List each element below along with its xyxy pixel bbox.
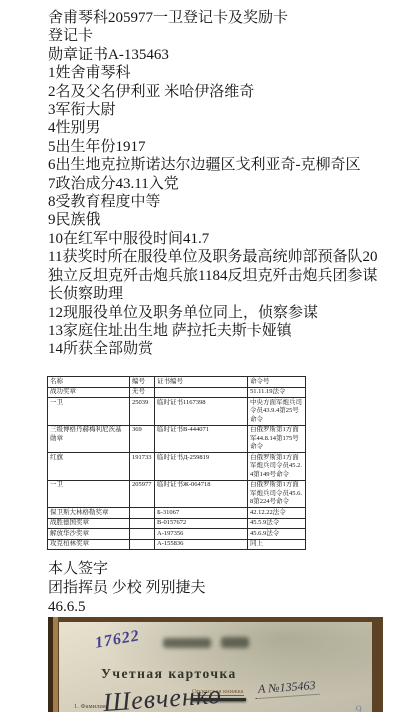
doc-line: 4性别男 [48, 119, 391, 137]
cell-cert: A-155836 [155, 539, 248, 550]
cell-number [130, 539, 155, 550]
cell-order: 白俄罗斯第1方面军44.8.14第175号命令 [248, 425, 306, 453]
doc-line: 1姓舍甫琴科 [48, 64, 391, 82]
table-row: 一卫 205977 临时证书Ж-064718 白俄罗斯第1方面军炮兵司令员45.… [48, 480, 306, 508]
cell-name: 三级博格丹赫梅利尼茨基勋章 [48, 425, 130, 453]
card-paper: 17622 Учетная карточка Орденская книжка … [59, 622, 372, 712]
page: { "doc": { "lines": [ "舍甫琴科205977一卫登记卡及奖… [0, 0, 400, 712]
cell-cert: 临时证书1167398 [155, 398, 248, 426]
cell-number [130, 508, 155, 519]
cell-cert: 临时证书B-444071 [155, 425, 248, 453]
cell-number: 无号 [130, 387, 155, 398]
doc-line: 12现服役单位及职务单位同上，侦察参谋 [48, 304, 391, 322]
cell-name: 红旗 [48, 453, 130, 481]
order-book-number: А №135463 [254, 678, 319, 699]
doc-line: 10在红军中服役时间41.7 [48, 230, 391, 248]
table-row: 战功奖章 无号 51.11.19法令 [48, 387, 306, 398]
cell-cert: Б-31067 [155, 508, 248, 519]
doc-title-line: 舍甫琴科205977一卫登记卡及奖励卡 [48, 9, 391, 27]
table-header-row: 名称 编号 证书编号 命令号 [48, 377, 306, 388]
doc-line: 8受教育程度中等 [48, 193, 391, 211]
cell-order: 45.5.9法令 [248, 518, 306, 529]
cell-order: 51.11.19法令 [248, 387, 306, 398]
awards-table: 名称 编号 证书编号 命令号 战功奖章 无号 51.11.19法令 一卫 250… [47, 376, 306, 550]
col-header-number: 编号 [130, 377, 155, 388]
signature-block: 本人签字 团指挥员 少校 列别捷夫 46.6.5 [48, 560, 391, 617]
table-row: 战胜德国奖章 B-0157672 45.5.9法令 [48, 518, 306, 529]
cell-cert [155, 387, 248, 398]
table-row: 红旗 191733 临时证书Д-259819 白俄罗斯第1方面军炮兵司令员45.… [48, 453, 306, 481]
cell-cert: 临时证书Ж-064718 [155, 480, 248, 508]
table-row: 解放华沙奖章 A-197356 45.6.9法令 [48, 529, 306, 540]
cell-number: 191733 [130, 453, 155, 481]
cell-name: 解放华沙奖章 [48, 529, 130, 540]
cell-cert: A-197356 [155, 529, 248, 540]
cell-order: 白俄罗斯第1方面军炮兵司令员45.6.8第224号命令 [248, 480, 306, 508]
cell-name: 保卫斯大林格勒奖章 [48, 508, 130, 519]
table-row: 三级博格丹赫梅利尼茨基勋章 369 临时证书B-444071 白俄罗斯第1方面军… [48, 425, 306, 453]
cell-name: 攻克柏林奖章 [48, 539, 130, 550]
doc-line: 6出生地克拉斯诺达尔边疆区戈利亚奇-克柳奇区 [48, 156, 391, 174]
scanned-card-photo: 17622 Учетная карточка Орденская книжка … [48, 617, 383, 712]
cell-cert: B-0157672 [155, 518, 248, 529]
table-row: 保卫斯大林格勒奖章 Б-31067 42.12.22法令 [48, 508, 306, 519]
doc-line: 7政治成分43.11入党 [48, 175, 391, 193]
handwritten-number: 17622 [94, 627, 141, 653]
cell-name: 战胜德国奖章 [48, 518, 130, 529]
cell-order: 45.6.9法令 [248, 529, 306, 540]
ink-smudge [221, 637, 249, 648]
signature-line: 46.6.5 [48, 598, 391, 617]
cell-number: 205977 [130, 480, 155, 508]
doc-line: 5出生年份1917 [48, 138, 391, 156]
doc-line: 13家庭住址出生地 萨拉托夫斯卡娅镇 [48, 322, 391, 340]
cell-order: 白俄罗斯第1方面军炮兵司令员45.2.4第149号命令 [248, 453, 306, 481]
doc-line: 11获奖时所在服役单位及职务最高统帅部预备队20独立反坦克歼击炮兵旅1184反坦… [48, 248, 391, 303]
ink-smudge [163, 638, 211, 648]
cell-order: 中央方面军炮兵司令员43.9.4第25号命令 [248, 398, 306, 426]
cell-order: 42.12.22法令 [248, 508, 306, 519]
cell-number: 369 [130, 425, 155, 453]
table-row: 一卫 25039 临时证书1167398 中央方面军炮兵司令员43.9.4第25… [48, 398, 306, 426]
signature-line: 本人签字 [48, 560, 391, 579]
col-header-name: 名称 [48, 377, 130, 388]
cell-name: 战功奖章 [48, 387, 130, 398]
table-row: 攻克柏林奖章 A-155836 同上 [48, 539, 306, 550]
cell-order: 同上 [248, 539, 306, 550]
cell-number: 25039 [130, 398, 155, 426]
doc-line: 14所获全部勋赏 [48, 340, 391, 358]
doc-line: 9民族俄 [48, 211, 391, 229]
col-header-cert-number: 证书编号 [155, 377, 248, 388]
cell-name: 一卫 [48, 398, 130, 426]
signature-line: 团指挥员 少校 列别捷夫 [48, 579, 391, 598]
cell-name: 一卫 [48, 480, 130, 508]
doc-line: 2名及父名伊利亚 米哈伊洛维奇 [48, 83, 391, 101]
cell-cert: 临时证书Д-259819 [155, 453, 248, 481]
doc-line: 登记卡 [48, 27, 391, 45]
surname-signature: Шевченко [102, 680, 223, 712]
surname-label: 1. Фамилия [74, 703, 106, 710]
cell-number [130, 529, 155, 540]
cell-number [130, 518, 155, 529]
document-text: 舍甫琴科205977一卫登记卡及奖励卡 登记卡 勋章证书A-135463 1姓舍… [48, 9, 391, 359]
col-header-order-number: 命令号 [248, 377, 306, 388]
handwriting-flourish: 9 [355, 702, 362, 712]
doc-line: 3军衔大尉 [48, 101, 391, 119]
doc-line: 勋章证书A-135463 [48, 46, 391, 64]
